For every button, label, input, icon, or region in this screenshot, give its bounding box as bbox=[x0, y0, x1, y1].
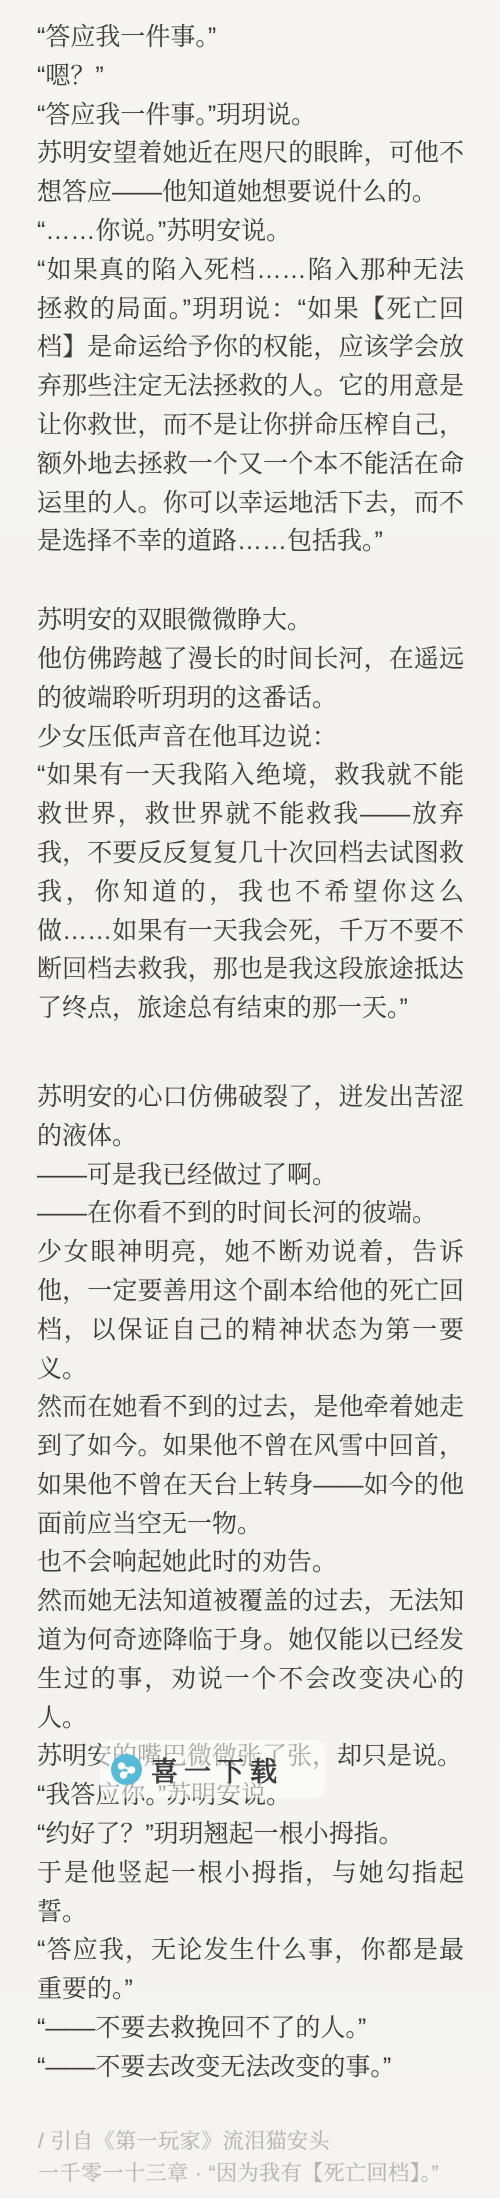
novel-paragraph: “嗯？” bbox=[37, 57, 464, 96]
novel-paragraph: 少女眼神明亮，她不断劝说着，告诉他，一定要善用这个副本给他的死亡回档，以保证自己… bbox=[37, 1233, 464, 1388]
novel-paragraph: “——不要去救挽回不了的人。” bbox=[37, 2009, 464, 2048]
novel-paragraph: “如果有一天我陷入绝境，救我就不能救世界，救世界就不能救我——放弃我，不要反反复… bbox=[37, 756, 464, 1028]
share-nodes-icon bbox=[111, 1754, 142, 1785]
novel-paragraph: ——可是我已经做过了啊。 bbox=[37, 1156, 464, 1195]
watermark-label: 喜一下载 bbox=[151, 1750, 283, 1789]
novel-paragraph: 苏明安的心口仿佛破裂了，迸发出苦涩的液体。 bbox=[37, 1078, 464, 1156]
citation-source: / 引自《第一玩家》流泪猫安头 bbox=[38, 2126, 478, 2158]
novel-paragraph: ——在你看不到的时间长河的彼端。 bbox=[37, 1194, 464, 1233]
novel-paragraph: “答应我一件事。”玥玥说。 bbox=[37, 96, 464, 135]
novel-paragraph: 然而她无法知道被覆盖的过去，无法知道为何奇迹降临于身。她仅能以已经发生过的事，劝… bbox=[37, 1582, 464, 1737]
novel-paragraph: “答应我，无论发生什么事，你都是最重要的。” bbox=[37, 1931, 464, 2009]
novel-paragraph: 苏明安的双眼微微睁大。 bbox=[37, 601, 464, 640]
watermark[interactable]: 喜一下载 bbox=[111, 1750, 283, 1789]
novel-paragraph: “……你说。”苏明安说。 bbox=[37, 212, 464, 251]
citation: / 引自《第一玩家》流泪猫安头 一千零一十三章 · “因为我有【死亡回档】。” bbox=[38, 2126, 478, 2190]
novel-paragraph: “答应我一件事。” bbox=[37, 18, 464, 57]
paragraph-gap bbox=[37, 1028, 464, 1078]
novel-paragraph: 然而在她看不到的过去，是他牵着她走到了如今。如果他不曾在风雪中回首，如果他不曾在… bbox=[37, 1388, 464, 1543]
citation-chapter: 一千零一十三章 · “因为我有【死亡回档】。” bbox=[38, 2158, 478, 2190]
reader-page: “答应我一件事。”“嗯？”“答应我一件事。”玥玥说。苏明安望着她近在咫尺的眼眸，… bbox=[0, 0, 500, 2198]
novel-paragraph: 也不会响起她此时的劝告。 bbox=[37, 1543, 464, 1582]
novel-paragraph: 他仿佛跨越了漫长的时间长河，在遥远的彼端聆听玥玥的这番话。 bbox=[37, 640, 464, 718]
novel-paragraph: “约好了？”玥玥翘起一根小拇指。 bbox=[37, 1815, 464, 1854]
paragraph-gap bbox=[37, 561, 464, 601]
novel-paragraph: 苏明安望着她近在咫尺的眼眸，可他不想答应——他知道她想要说什么的。 bbox=[37, 134, 464, 212]
novel-paragraph: “如果真的陷入死档……陷入那种无法拯救的局面。”玥玥说：“如果【死亡回档】是命运… bbox=[37, 251, 464, 561]
novel-paragraph: 于是他竖起一根小拇指，与她勾指起誓。 bbox=[37, 1854, 464, 1932]
novel-paragraph: “——不要去改变无法改变的事。” bbox=[37, 2048, 464, 2087]
novel-paragraph: 少女压低声音在他耳边说： bbox=[37, 718, 464, 757]
